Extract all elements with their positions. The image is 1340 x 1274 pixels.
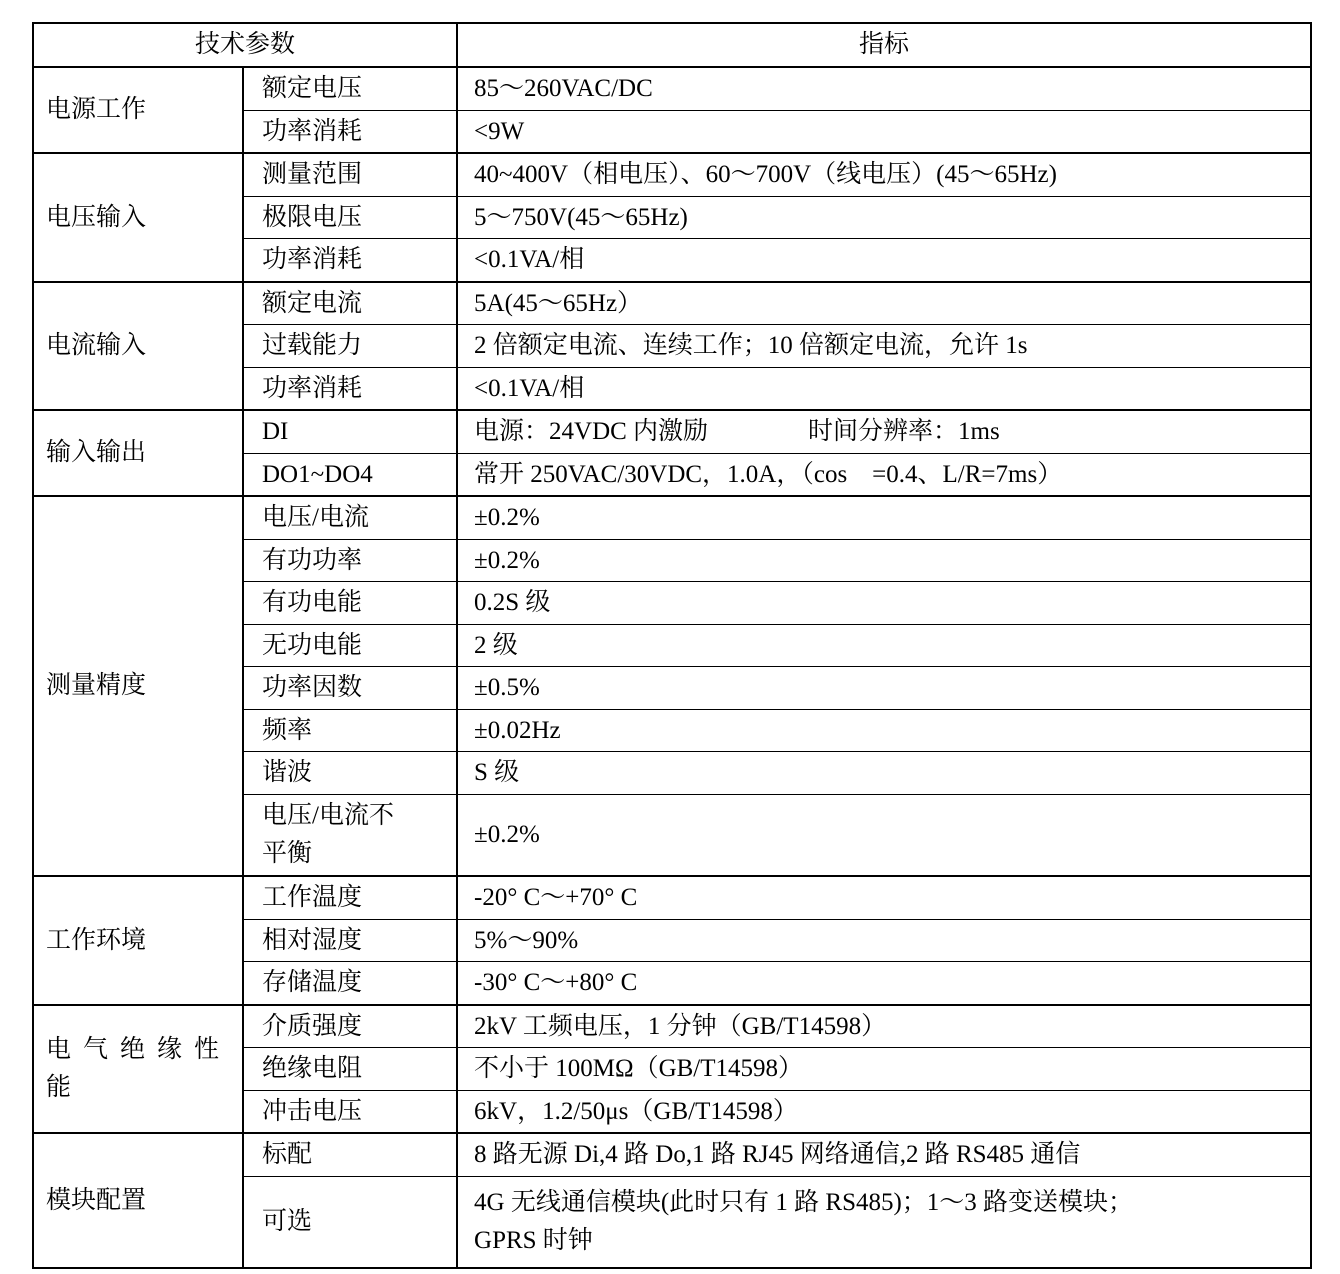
value-cell: 4G 无线通信模块(此时只有 1 路 RS485)；1～3 路变送模块； GPR… — [457, 1176, 1311, 1268]
table-row: 电源工作 额定电压 85～260VAC/DC — [33, 67, 1311, 110]
value-cell: 2 级 — [457, 624, 1311, 667]
value-cell: 2 倍额定电流、连续工作；10 倍额定电流，允许 1s — [457, 325, 1311, 368]
value-cell: ±0.2% — [457, 496, 1311, 539]
table-row: 输入输出 DI 电源：24VDC 内激励 时间分辨率：1ms — [33, 410, 1311, 453]
value-cell: S 级 — [457, 752, 1311, 795]
param-cell: 频率 — [243, 709, 457, 752]
table-row: 模块配置 标配 8 路无源 Di,4 路 Do,1 路 RJ45 网络通信,2 … — [33, 1133, 1311, 1176]
param-cell: 无功电能 — [243, 624, 457, 667]
spec-table-container: 技术参数 指标 电源工作 额定电压 85～260VAC/DC 功率消耗 <9W … — [32, 22, 1312, 1269]
value-cell: <9W — [457, 110, 1311, 153]
table-row: 电流输入 额定电流 5A(45～65Hz） — [33, 282, 1311, 325]
value-cell: 8 路无源 Di,4 路 Do,1 路 RJ45 网络通信,2 路 RS485 … — [457, 1133, 1311, 1176]
param-cell: 介质强度 — [243, 1005, 457, 1048]
param-cell: 绝缘电阻 — [243, 1048, 457, 1091]
param-cell: 额定电流 — [243, 282, 457, 325]
value-cell: 85～260VAC/DC — [457, 67, 1311, 110]
group-electrical-insulation: 电气绝缘性能 — [33, 1005, 243, 1134]
value-cell: 6kV，1.2/50μs（GB/T14598） — [457, 1090, 1311, 1133]
value-cell: ±0.02Hz — [457, 709, 1311, 752]
param-cell: 存储温度 — [243, 962, 457, 1005]
group-current-input: 电流输入 — [33, 282, 243, 411]
param-cell: 功率消耗 — [243, 110, 457, 153]
param-cell: 电压/电流不平衡 — [243, 794, 457, 876]
param-cell: 测量范围 — [243, 153, 457, 196]
value-cell: 常开 250VAC/30VDC，1.0A，（cos =0.4、L/R=7ms） — [457, 453, 1311, 496]
param-cell: 过载能力 — [243, 325, 457, 368]
group-operating-environment: 工作环境 — [33, 876, 243, 1005]
value-cell: ±0.2% — [457, 539, 1311, 582]
value-cell: 0.2S 级 — [457, 582, 1311, 625]
param-cell: 有功电能 — [243, 582, 457, 625]
header-row: 技术参数 指标 — [33, 23, 1311, 67]
param-cell: 可选 — [243, 1176, 457, 1268]
table-row: 电压输入 测量范围 40~400V（相电压）、60～700V（线电压）(45～6… — [33, 153, 1311, 196]
table-row: 电气绝缘性能 介质强度 2kV 工频电压，1 分钟（GB/T14598） — [33, 1005, 1311, 1048]
param-cell: 电压/电流 — [243, 496, 457, 539]
value-cell: 5A(45～65Hz） — [457, 282, 1311, 325]
value-cell: ±0.2% — [457, 794, 1311, 876]
header-index: 指标 — [457, 23, 1311, 67]
value-cell: ±0.5% — [457, 667, 1311, 710]
group-measurement-accuracy: 测量精度 — [33, 496, 243, 876]
param-cell: DI — [243, 410, 457, 453]
param-cell: 功率因数 — [243, 667, 457, 710]
group-voltage-input: 电压输入 — [33, 153, 243, 282]
param-cell: 冲击电压 — [243, 1090, 457, 1133]
technical-spec-table: 技术参数 指标 电源工作 额定电压 85～260VAC/DC 功率消耗 <9W … — [32, 22, 1312, 1269]
value-cell: -30° C～+80° C — [457, 962, 1311, 1005]
value-cell: 不小于 100MΩ（GB/T14598） — [457, 1048, 1311, 1091]
value-cell: <0.1VA/相 — [457, 367, 1311, 410]
group-power-supply: 电源工作 — [33, 67, 243, 153]
value-cell: 电源：24VDC 内激励 时间分辨率：1ms — [457, 410, 1311, 453]
value-cell: -20° C～+70° C — [457, 876, 1311, 919]
group-input-output: 输入输出 — [33, 410, 243, 496]
param-cell: 额定电压 — [243, 67, 457, 110]
param-cell: 极限电压 — [243, 196, 457, 239]
param-cell: 谐波 — [243, 752, 457, 795]
header-technical-params: 技术参数 — [33, 23, 457, 67]
param-cell: 有功功率 — [243, 539, 457, 582]
value-cell: <0.1VA/相 — [457, 239, 1311, 282]
value-cell: 2kV 工频电压，1 分钟（GB/T14598） — [457, 1005, 1311, 1048]
param-cell: 工作温度 — [243, 876, 457, 919]
table-row: 工作环境 工作温度 -20° C～+70° C — [33, 876, 1311, 919]
param-cell: 相对湿度 — [243, 919, 457, 962]
group-module-config: 模块配置 — [33, 1133, 243, 1268]
param-cell: DO1~DO4 — [243, 453, 457, 496]
table-row: 测量精度 电压/电流 ±0.2% — [33, 496, 1311, 539]
value-cell: 5～750V(45～65Hz) — [457, 196, 1311, 239]
param-cell: 标配 — [243, 1133, 457, 1176]
value-cell: 5%～90% — [457, 919, 1311, 962]
param-cell: 功率消耗 — [243, 367, 457, 410]
param-cell: 功率消耗 — [243, 239, 457, 282]
value-cell: 40~400V（相电压）、60～700V（线电压）(45～65Hz) — [457, 153, 1311, 196]
